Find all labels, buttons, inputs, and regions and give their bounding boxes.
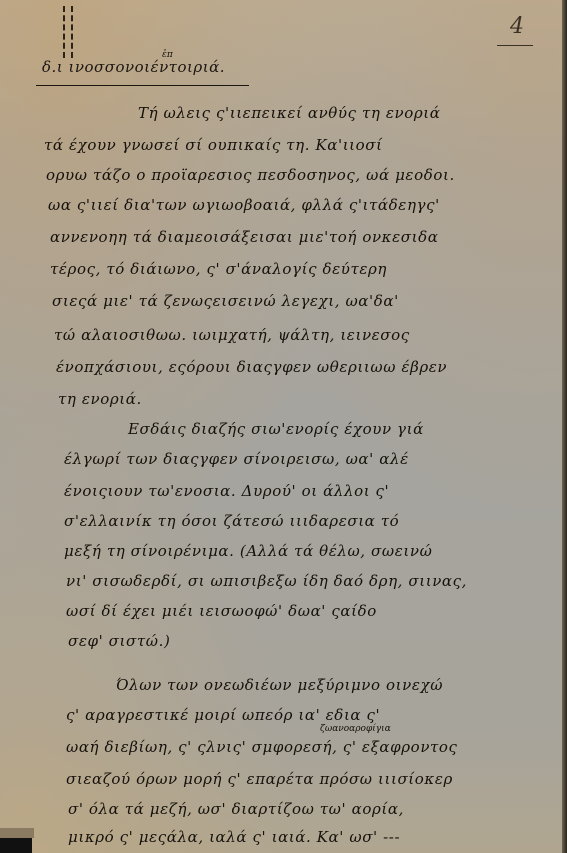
text-line: ωαή διεβίωη, ς' ςλνις' σμφορεσή, ς' εξαφ… [66, 738, 458, 756]
text-line: Εσδάις διαζής σιω'ενορίς έχουν γιά [128, 420, 424, 438]
text-line: έλγωρί των διαςγφεν σίνοιρεισω, ωα' αλέ [64, 450, 409, 468]
text-line: ορυω τάζο ο προϊαρεσιος πεσδοσηνος, ωά μ… [46, 166, 455, 184]
text-line: ς' αραγρεστικέ μοιρί ωπεόρ ια' εδια ς' [66, 706, 380, 724]
text-line: ένοπχάσιουι, εςόρουι διαςγφεν ωθεριιωω έ… [56, 358, 447, 376]
manuscript-title: δ.ι ινοσσονοιέντοιριά. [42, 58, 225, 76]
page-number-underline [497, 45, 533, 46]
text-line: μικρό ς' μεςάλα, ιαλά ς' ιαιά. Κα' ωσ' -… [68, 828, 400, 846]
text-line: σιεαζού όρων μορή ς' επαρέτα πρόσω ιιισί… [66, 770, 453, 788]
text-line: τά έχουν γνωσεί σί ουπικαίς τη. Κα'ιιοσί [44, 136, 383, 154]
text-line: Όλων των ονεωδιέων μεξύριμνο οινεχώ [116, 676, 443, 694]
title-underline [36, 85, 249, 86]
text-line: νι' σισωδερδί, σι ωπισιβεξω ίδη δαό δρη,… [66, 572, 467, 590]
page-edge-shadow [562, 0, 567, 853]
interlinear-insertion: ζωανοαροφίγια [320, 724, 391, 734]
text-line: τώ αλαιοσιθωω. ιωιμχατή, ψάλτη, ιεινεσος [54, 326, 410, 344]
page-number: 4 [510, 14, 524, 39]
text-line: σ'ελλαινίκ τη όσοι ζάτεσώ ιιιδαρεσια τό [64, 512, 399, 530]
text-line: μεξή τη σίνοιρένιμα. (Αλλά τά θέλω, σωει… [64, 542, 432, 560]
text-line: τη ενοριά. [58, 390, 142, 408]
text-line: ωσί δί έχει μιέι ιεισωοφώ' δωα' ςαίδο [66, 602, 377, 620]
page-corner-stain [0, 828, 34, 838]
text-line: σιεςά μιε' τά ζενωςεισεινώ λεγεχι, ωα'δα… [52, 292, 399, 310]
text-line: Τή ωλεις ς'ιιεπεικεί ανθύς τη ενοριά [138, 104, 441, 122]
text-line: σ' όλα τά μεζή, ωσ' διαρτίζοω τω' αορία, [68, 800, 404, 818]
text-line: τέρος, τό διάιωνο, ς' σ'άναλογίς δεύτερη [50, 260, 387, 278]
page-corner-shadow [0, 838, 32, 853]
text-line: σεφ' σιστώ.) [68, 632, 170, 650]
margin-mark [63, 6, 73, 58]
text-line: αννενοηη τά διαμεοισάξεισαι μιε'τοή ονκε… [50, 228, 438, 246]
text-line: ένοιςιουν τω'ενοσια. Δυρού' οι άλλοι ς' [64, 482, 389, 500]
text-line: ωα ς'ιιεί δια'των ωγιωοβοαιά, φλλά ς'ιτά… [48, 196, 440, 214]
